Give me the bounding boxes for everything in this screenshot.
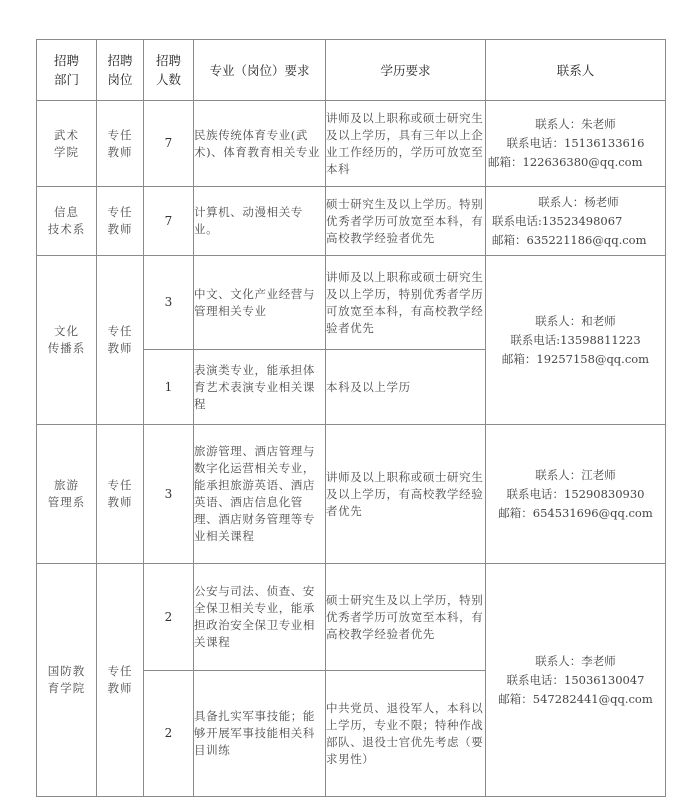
table-row: 信息 技术系 专任 教师 7 计算机、动漫相关专业。 硕士研究生及以上学历。特别… — [37, 187, 666, 256]
education-cell: 硕士研究生及以上学历。特别优秀者学历可放宽至本科，有高校教学经验者优先 — [326, 187, 486, 256]
dept-line2: 传播系 — [37, 340, 96, 357]
major-cell: 旅游管理、酒店管理与数字化运营相关专业，能承担旅游英语、酒店英语、酒店信息化管理… — [194, 425, 326, 564]
education-cell: 讲师及以上职称或硕士研究生及以上学历，特别优秀者学历可放宽至本科，有高校教学经验… — [326, 256, 486, 350]
dept-cell: 国防教 育学院 — [37, 564, 97, 797]
dept-line2: 学院 — [37, 144, 96, 161]
dept-line2: 管理系 — [37, 494, 96, 511]
position-line2: 教师 — [97, 494, 143, 511]
count-cell: 2 — [144, 564, 194, 671]
major-cell: 表演类专业，能承担体育艺术表演专业相关课程 — [194, 350, 326, 425]
header-dept: 招聘 部门 — [37, 40, 97, 101]
position-line1: 专任 — [97, 127, 143, 144]
contact-email: 邮箱：635221186@qq.com — [492, 231, 665, 250]
count-cell: 3 — [144, 256, 194, 350]
contact-name: 联系人：杨老师 — [492, 193, 665, 212]
position-line2: 教师 — [97, 144, 143, 161]
count-cell: 3 — [144, 425, 194, 564]
recruitment-table: 招聘 部门 招聘 岗位 招聘 人数 专业（岗位）要求 学历要求 联系人 武术 学… — [36, 39, 666, 797]
position-line1: 专任 — [97, 477, 143, 494]
position-line2: 教师 — [97, 340, 143, 357]
contact-phone: 联系电话:13598811223 — [486, 331, 665, 350]
contact-email: 邮箱：547282441@qq.com — [486, 690, 665, 709]
position-cell: 专任 教师 — [97, 425, 144, 564]
contact-cell: 联系人：李老师 联系电话：15036130047 邮箱：547282441@qq… — [486, 564, 666, 797]
dept-line1: 文化 — [37, 323, 96, 340]
contact-name: 联系人：李老师 — [486, 652, 665, 671]
contact-phone: 联系电话:13523498067 — [492, 212, 665, 231]
position-line1: 专任 — [97, 323, 143, 340]
count-cell: 7 — [144, 187, 194, 256]
header-count-line2: 人数 — [144, 70, 193, 89]
major-cell: 公安与司法、侦查、安全保卫相关专业，能承担政治安全保卫专业相关课程 — [194, 564, 326, 671]
contact-name: 联系人：朱老师 — [486, 115, 665, 134]
table-row: 文化 传播系 专任 教师 3 中文、文化产业经营与管理相关专业 讲师及以上职称或… — [37, 256, 666, 350]
dept-cell: 信息 技术系 — [37, 187, 97, 256]
header-row: 招聘 部门 招聘 岗位 招聘 人数 专业（岗位）要求 学历要求 联系人 — [37, 40, 666, 101]
position-cell: 专任 教师 — [97, 101, 144, 187]
dept-cell: 文化 传播系 — [37, 256, 97, 425]
education-cell: 本科及以上学历 — [326, 350, 486, 425]
dept-cell: 武术 学院 — [37, 101, 97, 187]
header-education: 学历要求 — [326, 40, 486, 101]
table-row: 旅游 管理系 专任 教师 3 旅游管理、酒店管理与数字化运营相关专业，能承担旅游… — [37, 425, 666, 564]
position-cell: 专任 教师 — [97, 564, 144, 797]
header-dept-line1: 招聘 — [37, 51, 96, 70]
contact-cell: 联系人：杨老师 联系电话:13523498067 邮箱：635221186@qq… — [486, 187, 666, 256]
major-cell: 中文、文化产业经营与管理相关专业 — [194, 256, 326, 350]
education-cell: 讲师及以上职称或硕士研究生及以上学历，具有三年以上企业工作经历的，学历可放宽至本… — [326, 101, 486, 187]
position-cell: 专任 教师 — [97, 187, 144, 256]
position-line1: 专任 — [97, 204, 143, 221]
header-major: 专业（岗位）要求 — [194, 40, 326, 101]
contact-phone: 联系电话：15290830930 — [486, 485, 665, 504]
count-cell: 7 — [144, 101, 194, 187]
dept-line1: 武术 — [37, 127, 96, 144]
dept-cell: 旅游 管理系 — [37, 425, 97, 564]
header-dept-line2: 部门 — [37, 70, 96, 89]
header-position-line2: 岗位 — [97, 70, 143, 89]
contact-email: 邮箱：122636380@qq.com — [486, 153, 665, 172]
header-count: 招聘 人数 — [144, 40, 194, 101]
header-contact: 联系人 — [486, 40, 666, 101]
dept-line2: 技术系 — [37, 221, 96, 238]
header-position: 招聘 岗位 — [97, 40, 144, 101]
contact-cell: 联系人：和老师 联系电话:13598811223 邮箱：19257158@qq.… — [486, 256, 666, 425]
table-row: 国防教 育学院 专任 教师 2 公安与司法、侦查、安全保卫相关专业，能承担政治安… — [37, 564, 666, 671]
position-line2: 教师 — [97, 221, 143, 238]
contact-name: 联系人：江老师 — [486, 466, 665, 485]
contact-phone: 联系电话：15036130047 — [486, 671, 665, 690]
major-cell: 民族传统体育专业(武术)、体育教育相关专业 — [194, 101, 326, 187]
header-position-line1: 招聘 — [97, 51, 143, 70]
dept-line2: 育学院 — [37, 680, 96, 697]
count-cell: 2 — [144, 671, 194, 797]
major-cell: 计算机、动漫相关专业。 — [194, 187, 326, 256]
contact-phone: 联系电话：15136133616 — [486, 134, 665, 153]
position-cell: 专任 教师 — [97, 256, 144, 425]
contact-cell: 联系人：朱老师 联系电话：15136133616 邮箱：122636380@qq… — [486, 101, 666, 187]
position-line2: 教师 — [97, 680, 143, 697]
dept-line1: 信息 — [37, 204, 96, 221]
position-line1: 专任 — [97, 663, 143, 680]
contact-email: 邮箱：654531696@qq.com — [486, 504, 665, 523]
education-cell: 讲师及以上职称或硕士研究生及以上学历，有高校教学经验者优先 — [326, 425, 486, 564]
count-cell: 1 — [144, 350, 194, 425]
table-row: 武术 学院 专任 教师 7 民族传统体育专业(武术)、体育教育相关专业 讲师及以… — [37, 101, 666, 187]
dept-line1: 国防教 — [37, 663, 96, 680]
contact-cell: 联系人：江老师 联系电话：15290830930 邮箱：654531696@qq… — [486, 425, 666, 564]
education-cell: 中共党员、退役军人，本科以上学历，专业不限；特种作战部队、退役士官优先考虑（要求… — [326, 671, 486, 797]
contact-email: 邮箱：19257158@qq.com — [486, 350, 665, 369]
contact-name: 联系人：和老师 — [486, 312, 665, 331]
major-cell: 具备扎实军事技能；能够开展军事技能相关科目训练 — [194, 671, 326, 797]
dept-line1: 旅游 — [37, 477, 96, 494]
header-count-line1: 招聘 — [144, 51, 193, 70]
education-cell: 硕士研究生及以上学历，特别优秀者学历可放宽至本科，有高校教学经验者优先 — [326, 564, 486, 671]
